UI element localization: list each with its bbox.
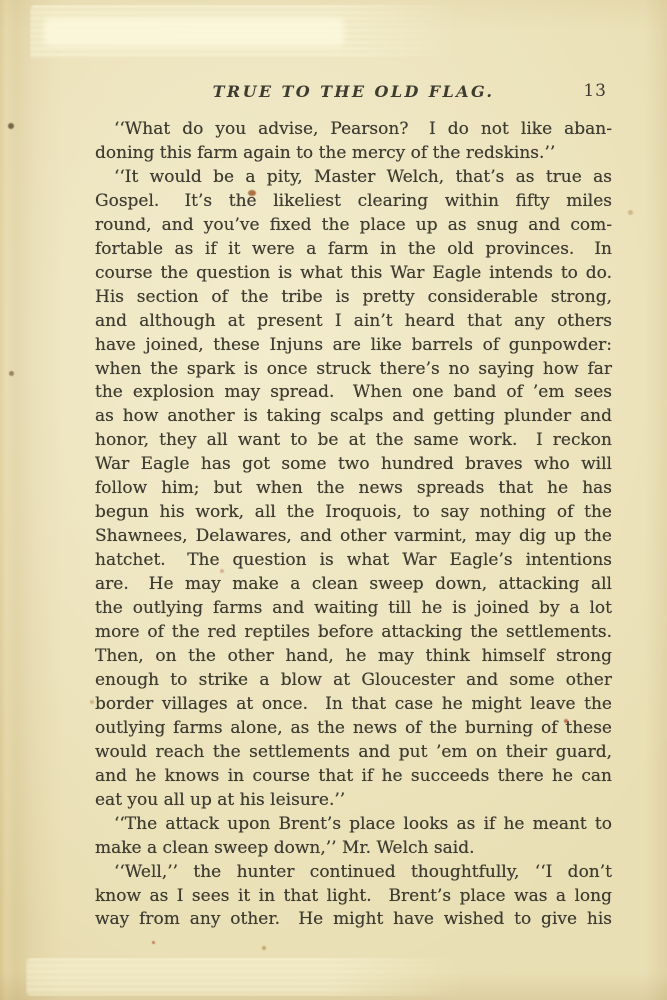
- paper-speck: [262, 946, 266, 950]
- paper-speck: [90, 700, 94, 704]
- text-line: more of the red reptiles before attackin…: [95, 621, 612, 645]
- text-line: ‘‘Well,’’ the hunter continued thoughtfu…: [95, 861, 612, 885]
- text-line: are. He may make a clean sweep down, att…: [95, 573, 612, 597]
- text-line: outlying farms alone, as the news of the…: [95, 717, 612, 741]
- paper-speck: [152, 941, 155, 944]
- text-line: hatchet. The question is what War Eagle’…: [95, 549, 612, 573]
- text-line: eat you all up at his leisure.’’: [95, 789, 612, 813]
- scan-artifact-bottom-band: [26, 958, 466, 996]
- text-line: know as I sees it in that light. Brent’s…: [95, 885, 612, 909]
- text-line: and he knows in course that if he succee…: [95, 765, 612, 789]
- text-line: honor, they all want to be at the same w…: [95, 429, 612, 453]
- text-line: the explosion may spread. When one band …: [95, 381, 612, 405]
- text-line: make a clean sweep down,’’ Mr. Welch sai…: [95, 837, 612, 861]
- paper-speck: [9, 371, 14, 376]
- text-line: would reach the settlements and put ’em …: [95, 741, 612, 765]
- paper-speck: [8, 123, 14, 129]
- text-line: course the question is what this War Eag…: [95, 262, 612, 286]
- text-line: doning this farm again to the mercy of t…: [95, 142, 612, 166]
- text-line: as how another is taking scalps and gett…: [95, 405, 612, 429]
- text-line: ‘‘The attack upon Brent’s place looks as…: [95, 813, 612, 837]
- paper-speck: [628, 210, 633, 215]
- text-line: and although at present I ain’t heard th…: [95, 310, 612, 334]
- running-title: TRUE TO THE OLD FLAG.: [95, 82, 612, 101]
- scan-artifact-top-highlight: [44, 18, 344, 46]
- text-line: ‘‘It would be a pity, Master Welch, that…: [95, 166, 612, 190]
- text-line: War Eagle has got some two hundred brave…: [95, 453, 612, 477]
- text-line: Shawnees, Delawares, and other varmint, …: [95, 525, 612, 549]
- text-line: round, and you’ve fixed the place up as …: [95, 214, 612, 238]
- text-line: way from any other. He might have wished…: [95, 908, 612, 932]
- page-body-text: ‘‘What do you advise, Pearson? I do not …: [95, 118, 612, 932]
- text-line: ‘‘What do you advise, Pearson? I do not …: [95, 118, 612, 142]
- text-line: enough to strike a blow at Gloucester an…: [95, 669, 612, 693]
- scan-artifact-top-band: [30, 5, 460, 59]
- text-line: when the spark is once struck there’s no…: [95, 358, 612, 382]
- text-line: the outlying farms and waiting till he i…: [95, 597, 612, 621]
- text-line: border villages at once. In that case he…: [95, 693, 612, 717]
- page-number: 13: [560, 81, 607, 101]
- text-line: begun his work, all the Iroquois, to say…: [95, 501, 612, 525]
- text-line: follow him; but when the news spreads th…: [95, 477, 612, 501]
- text-line: Gospel. It’s the likeliest clearing with…: [95, 190, 612, 214]
- text-line: Then, on the other hand, he may think hi…: [95, 645, 612, 669]
- book-page: TRUE TO THE OLD FLAG. 13 ‘‘What do you a…: [0, 0, 667, 1000]
- text-line: His section of the tribe is pretty consi…: [95, 286, 612, 310]
- text-line: have joined, these Injuns are like barre…: [95, 334, 612, 358]
- text-line: fortable as if it were a farm in the old…: [95, 238, 612, 262]
